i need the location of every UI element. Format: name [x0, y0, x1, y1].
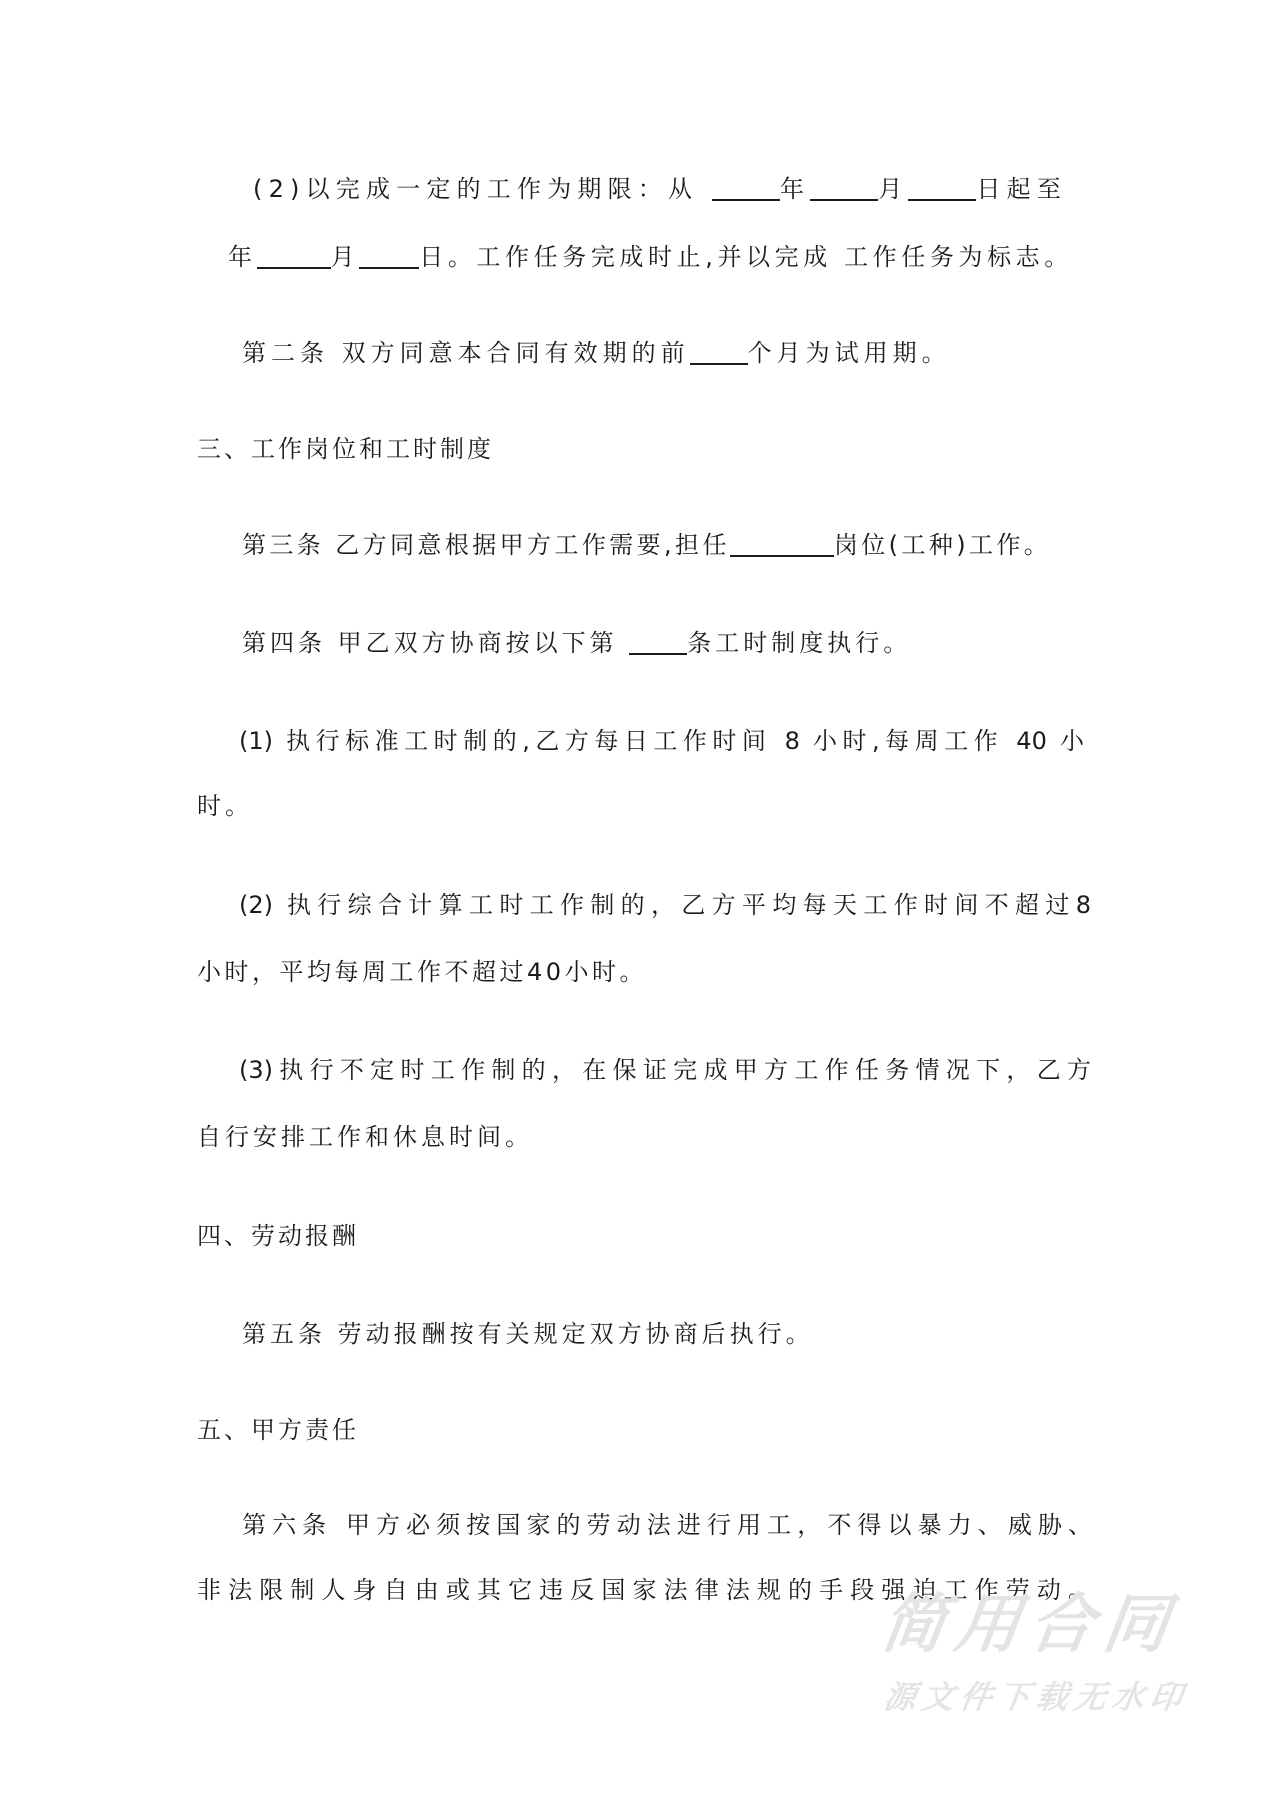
clause-2-term-line-2: 年月日。工作任务完成时止,并以完成 工作任务为标志。	[228, 240, 1094, 274]
text-segment: 岗位(工种)工作。	[834, 531, 1051, 559]
text-segment: 个月为试用期。	[748, 339, 951, 367]
article-6-employer-duty-line-1: 第六条 甲方必须按国家的劳动法进行用工，不得以暴力、威胁、	[242, 1508, 1092, 1542]
article-4-hours-system: 第四条 甲乙双方协商按以下第 条工时制度执行。	[242, 626, 911, 660]
clause-2-term-line-1: (2)以完成一定的工作为期限：从 年月日起至	[253, 172, 1093, 206]
watermark-subtitle: 源文件下载无水印	[881, 1679, 1190, 1715]
blank-day-to-month[interactable]	[359, 241, 419, 269]
blank-probation-months[interactable]	[690, 337, 748, 365]
item-3-flexible-hours-line-1: (3)执行不定时工作制的，在保证完成甲方工作任务情况下，乙方	[239, 1053, 1091, 1087]
item-2-comprehensive-hours-line-2: 小时，平均每周工作不超过40小时。	[197, 955, 647, 989]
text-segment: 第四条 甲乙双方协商按以下第	[242, 629, 629, 657]
text-segment: 年	[780, 175, 810, 203]
article-2-probation: 第二条 双方同意本合同有效期的前个月为试用期。	[242, 336, 951, 370]
blank-hours-system-number[interactable]	[629, 627, 687, 655]
section-heading-4: 四、劳动报酬	[197, 1219, 359, 1253]
text-segment: 月	[331, 243, 360, 271]
text-segment: 月	[878, 175, 908, 203]
text-segment: (2)以完成一定的工作为期限：从	[253, 175, 712, 203]
text-segment: 第三条 乙方同意根据甲方工作需要,担任	[242, 531, 730, 559]
blank-month-to-year[interactable]	[257, 241, 331, 269]
item-2-comprehensive-hours-line-1: (2) 执行综合计算工时工作制的，乙方平均每天工作时间不超过8	[239, 888, 1091, 922]
section-heading-5: 五、甲方责任	[197, 1413, 359, 1447]
blank-job-position[interactable]	[730, 529, 834, 557]
item-1-standard-hours-line-2: 时。	[197, 789, 253, 823]
article-3-position: 第三条 乙方同意根据甲方工作需要,担任岗位(工种)工作。	[242, 528, 1051, 562]
blank-month-from[interactable]	[810, 173, 878, 201]
text-segment: 条工时制度执行。	[687, 629, 911, 657]
item-1-standard-hours-line-1: (1) 执行标准工时制的,乙方每日工作时间 8 小时,每周工作 40 小	[239, 724, 1084, 758]
text-segment: 年	[228, 243, 257, 271]
text-segment: 第二条 双方同意本合同有效期的前	[242, 339, 690, 367]
document-page: (2)以完成一定的工作为期限：从 年月日起至 年月日。工作任务完成时止,并以完成…	[0, 0, 1280, 1810]
article-5-remuneration: 第五条 劳动报酬按有关规定双方协商后执行。	[242, 1317, 814, 1351]
text-segment: 日起至	[976, 175, 1067, 203]
blank-day-from[interactable]	[908, 173, 976, 201]
watermark-title: 简用合同	[877, 1592, 1182, 1658]
section-heading-3: 三、工作岗位和工时制度	[197, 432, 494, 466]
text-segment: 日。工作任务完成时止,并以完成 工作任务为标志。	[419, 243, 1073, 271]
item-3-flexible-hours-line-2: 自行安排工作和休息时间。	[197, 1120, 533, 1154]
blank-year-from[interactable]	[712, 173, 780, 201]
